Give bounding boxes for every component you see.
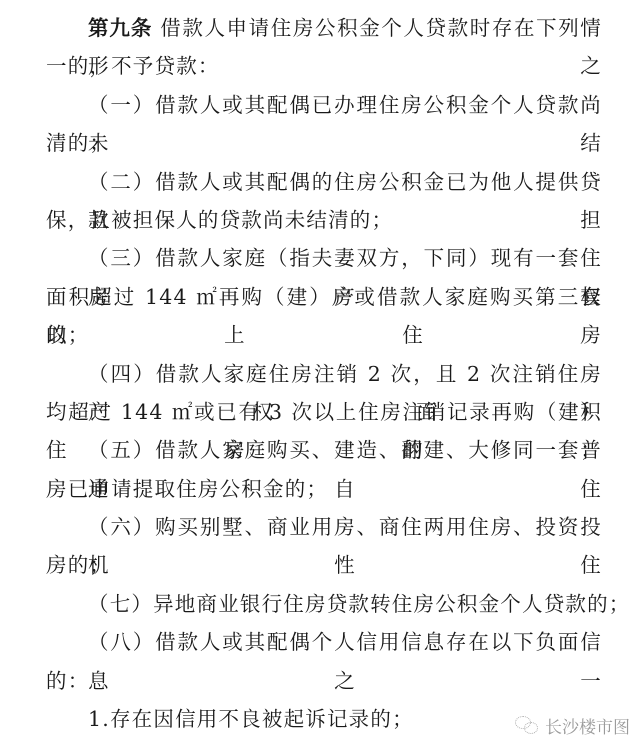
item-8-line-2: 的： — [46, 662, 602, 700]
article-intro-line-2: 一的，不予贷款： — [46, 47, 602, 85]
item-marker: （五） — [88, 438, 155, 462]
item-4-line-1: （四）借款人家庭住房注销 2 次，且 2 次注销住房产权面积 — [46, 355, 602, 393]
item-1-line-2: 清的； — [46, 124, 602, 162]
watermark-text: 长沙楼市图 — [545, 713, 630, 738]
item-3-line-1: （三）借款人家庭（指夫妻双方，下同）现有一套住房产权 — [46, 239, 602, 277]
item-3-line-2: 面积超过 144 ㎡再购（建）房或借款人家庭购买第三套以上住房 — [46, 278, 602, 316]
item-5-line-2: 房已申请提取住房公积金的； — [46, 470, 602, 508]
item-marker: （二） — [88, 170, 155, 194]
article-label: 第九条 — [88, 16, 152, 40]
item-marker: （三） — [88, 246, 155, 270]
item-2-line-1: （二）借款人或其配偶的住房公积金已为他人提供贷款担 — [46, 163, 602, 201]
item-7-line-1: （七）异地商业银行住房贷款转住房公积金个人贷款的； — [46, 585, 602, 623]
subitem-text: 存在因信用不良被起诉记录的； — [110, 707, 414, 731]
document-body: 第九条借款人申请住房公积金个人贷款时存在下列情形之 一的，不予贷款： （一）借款… — [46, 9, 602, 738]
item-marker: （八） — [88, 630, 155, 654]
item-marker: （一） — [88, 93, 155, 117]
item-2-line-2: 保，且被担保人的贷款尚未结清的； — [46, 201, 602, 239]
item-1-line-1: （一）借款人或其配偶已办理住房公积金个人贷款尚未结 — [46, 86, 602, 124]
item-6-line-1: （六）购买别墅、商业用房、商住两用住房、投资投机性住 — [46, 508, 602, 546]
item-marker: （四） — [88, 362, 156, 386]
item-text: 异地商业银行住房贷款转住房公积金个人贷款的； — [153, 592, 630, 616]
item-marker: （六） — [88, 515, 155, 539]
article-intro-line-1: 第九条借款人申请住房公积金个人贷款时存在下列情形之 — [46, 9, 602, 47]
watermark: 长沙楼市图 — [515, 708, 630, 742]
wechat-icon — [515, 716, 539, 734]
item-marker: （七） — [88, 592, 153, 616]
item-3-line-3: 的； — [46, 316, 602, 354]
item-8-line-1: （八）借款人或其配偶个人信用信息存在以下负面信息之一 — [46, 623, 602, 661]
subitem-marker: 1. — [88, 707, 110, 731]
item-6-line-2: 房的； — [46, 546, 602, 584]
item-4-line-2: 均超过 144 ㎡或已有 3 次以上住房注销记录再购（建）住房的； — [46, 393, 602, 431]
item-5-line-1: （五）借款人家庭购买、建造、翻建、大修同一套普通自住 — [46, 431, 602, 469]
